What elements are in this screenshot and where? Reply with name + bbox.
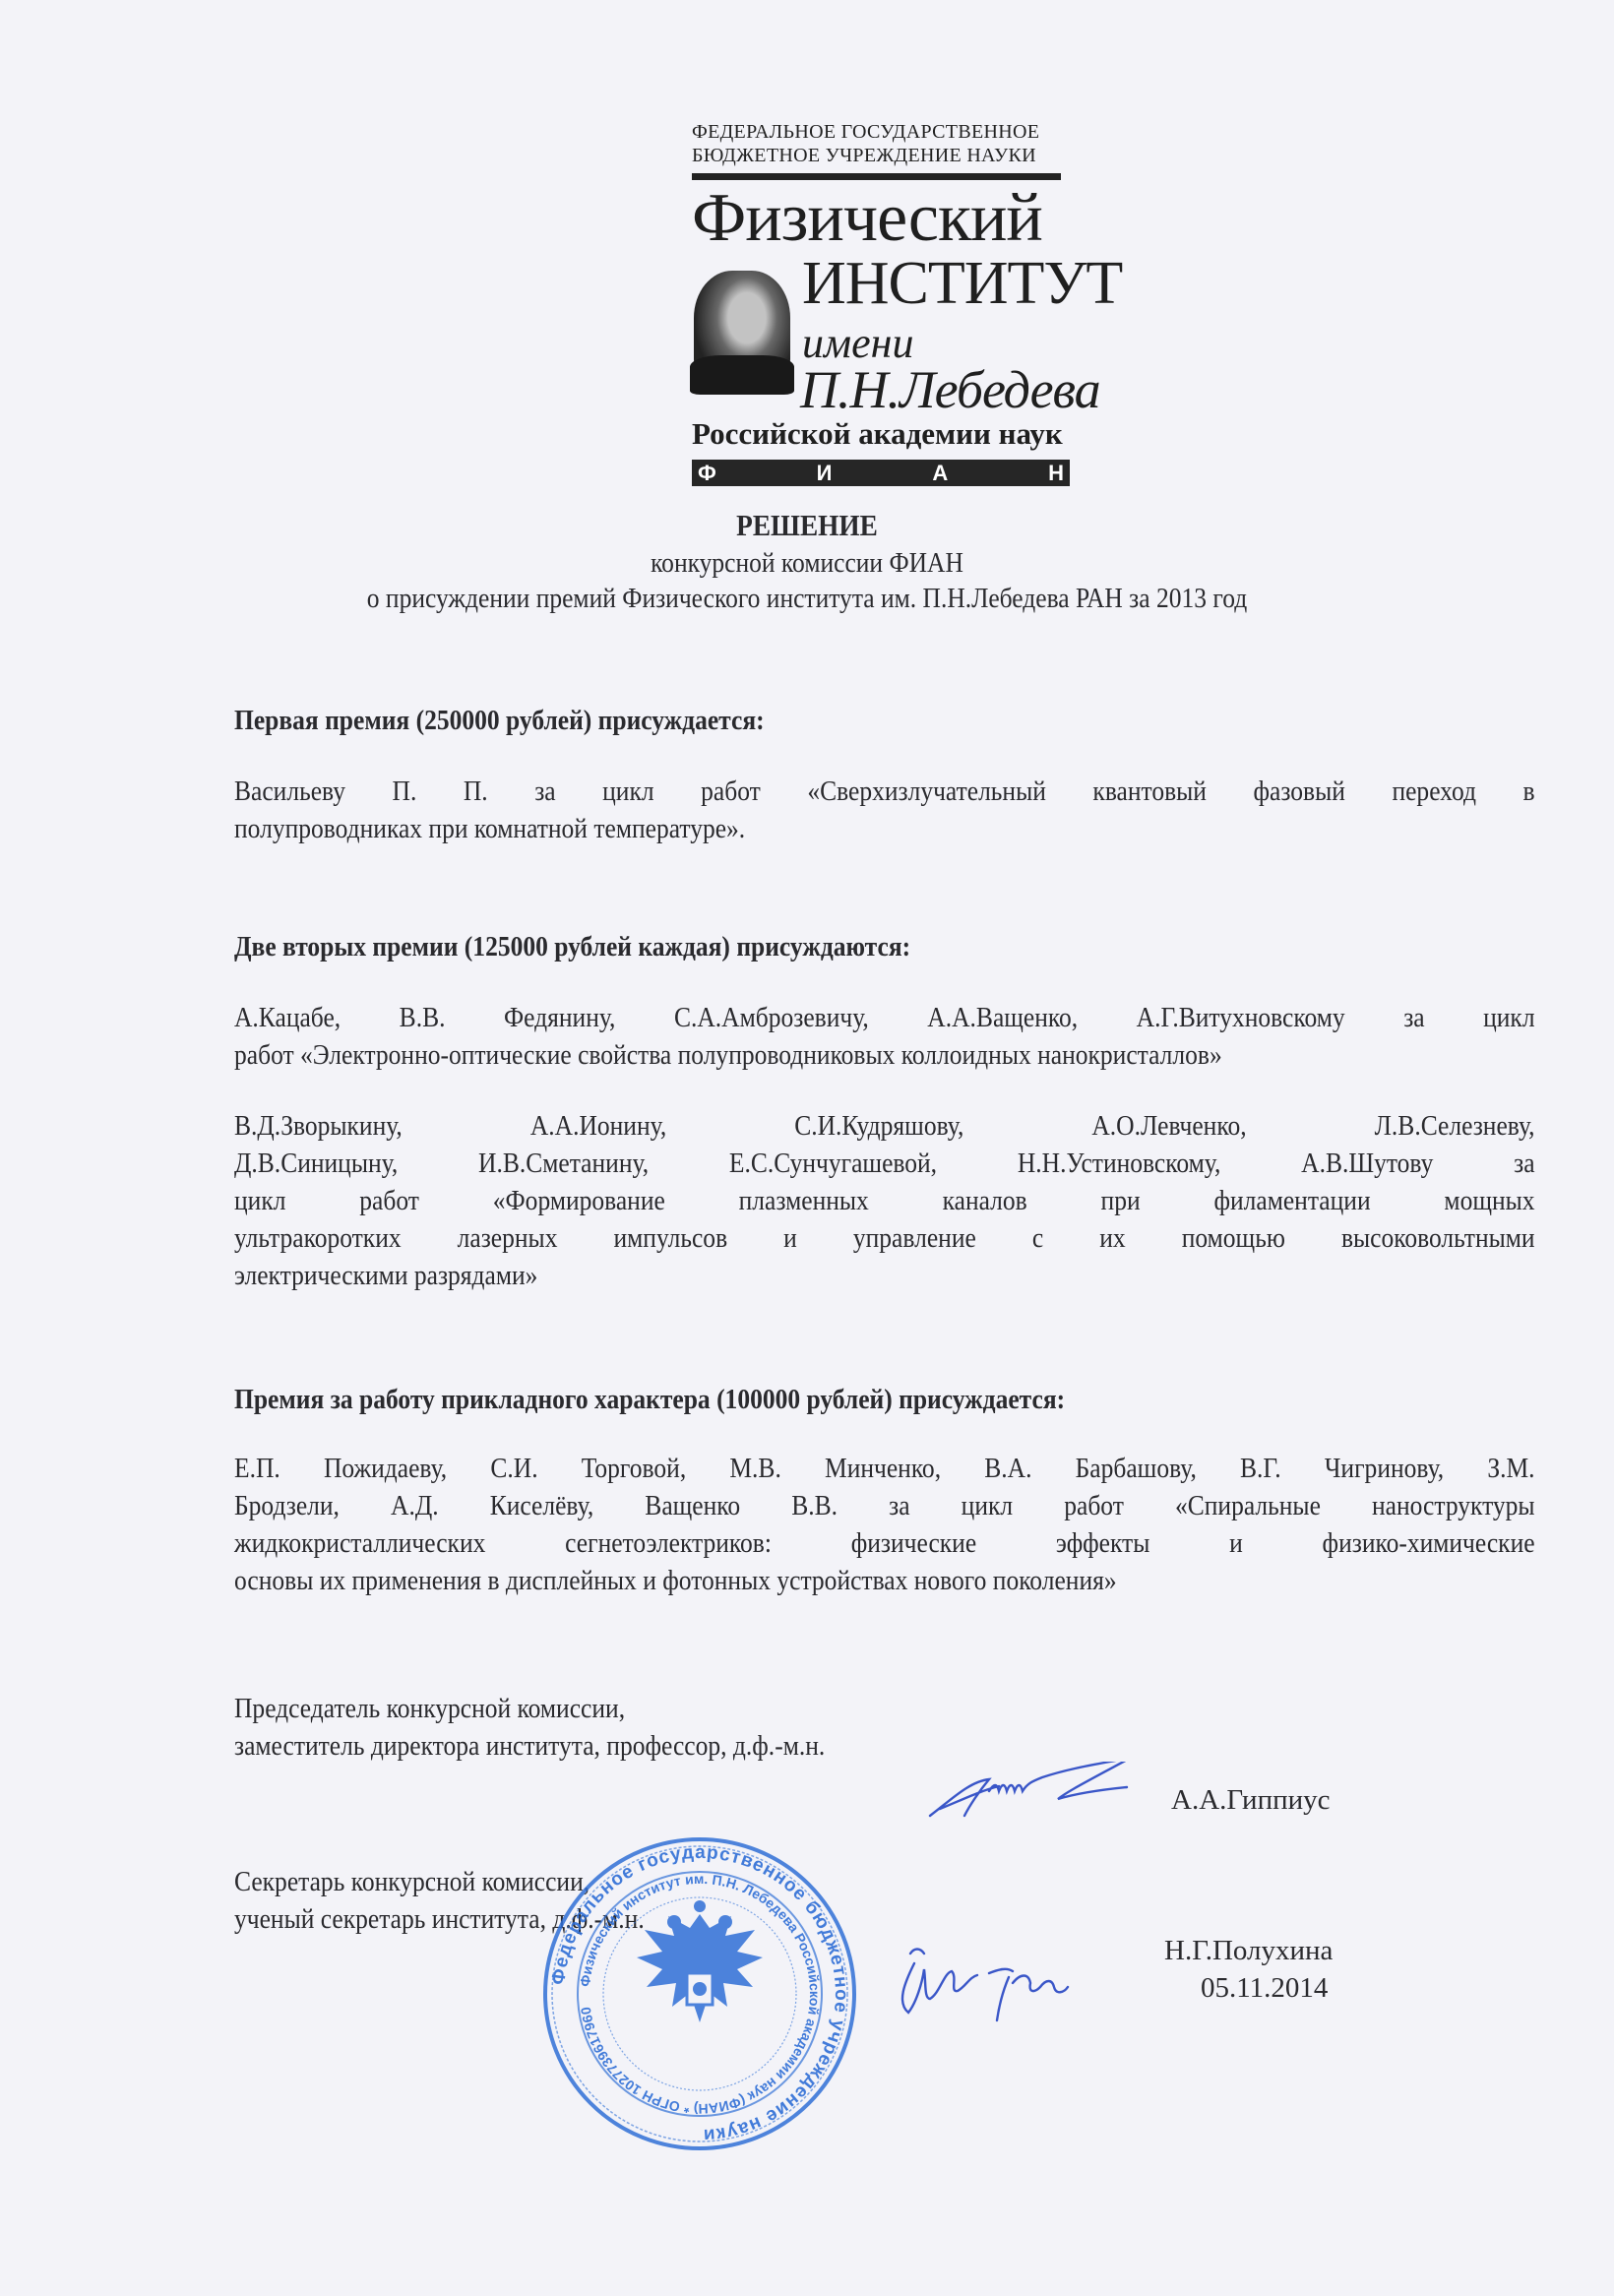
logo-lebedev: П.Н.Лебедева: [800, 359, 1100, 420]
secretary-role-line-1: Секретарь конкурсной комиссии,: [234, 1863, 590, 1900]
paragraph-line: работ «Электронно-оптические свойства по…: [234, 1036, 1535, 1074]
chairman-role: Председатель конкурсной комиссии, замест…: [234, 1690, 905, 1765]
logo-top-line-1: ФЕДЕРАЛЬНОЕ ГОСУДАРСТВЕННОЕ: [692, 120, 1069, 144]
chairman-name: А.А.Гиппиус: [1171, 1781, 1331, 1819]
award-paragraph: А.Кацабе, В.В. Федянину, С.А.Амброзевичу…: [234, 999, 1535, 1074]
paragraph-line: цикл работ «Формирование плазменных кана…: [234, 1182, 1535, 1219]
secretary-name: Н.Г.Полухина: [1164, 1932, 1333, 1969]
paragraph-line: Бродзели, А.Д. Киселёву, Ващенко В.В. за…: [234, 1487, 1535, 1524]
logo-letter: Ф: [698, 460, 716, 486]
section-first-prize: Первая премия (250000 рублей) присуждает…: [234, 702, 1535, 739]
section-second-prizes: Две вторых премии (125000 рублей каждая)…: [234, 928, 1535, 965]
secretary-signature-icon: [881, 1934, 1097, 2032]
logo-top-line-2: БЮДЖЕТНОЕ УЧРЕЖДЕНИЕ НАУКИ: [692, 144, 1069, 167]
logo-title: Физический: [692, 184, 1069, 253]
award-paragraph: В.Д.Зворыкину, А.А.Ионину, С.И.Кудряшову…: [234, 1107, 1535, 1294]
paragraph-line: основы их применения в дисплейных и фото…: [234, 1562, 1535, 1599]
paragraph-line: электрическими разрядами»: [234, 1257, 1535, 1294]
paragraph-line: полупроводниках при комнатной температур…: [234, 810, 1535, 847]
chairman-signature-icon: [920, 1762, 1156, 1831]
paragraph-line: жидкокристаллических сегнетоэлектриков: …: [234, 1524, 1535, 1562]
section-applied-prize: Премия за работу прикладного характера (…: [234, 1381, 1535, 1418]
chairman-role-line-1: Председатель конкурсной комиссии,: [234, 1690, 625, 1727]
document-page: ФЕДЕРАЛЬНОЕ ГОСУДАРСТВЕННОЕ БЮДЖЕТНОЕ УЧ…: [0, 0, 1614, 2296]
institute-logo: ФЕДЕРАЛЬНОЕ ГОСУДАРСТВЕННОЕ БЮДЖЕТНОЕ УЧ…: [692, 120, 1069, 486]
award-paragraph: Васильеву П. П. за цикл работ «Сверхизлу…: [234, 773, 1535, 847]
award-paragraph: Е.П. Пожидаеву, С.И. Торговой, М.В. Минч…: [234, 1450, 1535, 1599]
logo-abbr-bar: Ф И А Н: [692, 460, 1070, 486]
document-title: РЕШЕНИЕ: [96, 506, 1517, 545]
paragraph-line: В.Д.Зворыкину, А.А.Ионину, С.И.Кудряшову…: [234, 1107, 1535, 1145]
logo-rule: [692, 173, 1061, 180]
lebedev-portrait-icon: [694, 271, 790, 389]
logo-institute: ИНСТИТУТ: [802, 253, 1122, 314]
paragraph-line: А.Кацабе, В.В. Федянину, С.А.Амброзевичу…: [234, 999, 1535, 1036]
document-description: о присуждении премий Физического институ…: [96, 581, 1517, 616]
eagle-emblem-icon: [637, 1900, 763, 2022]
paragraph-line: Д.В.Синицыну, И.В.Сметанину, Е.С.Сунчуга…: [234, 1145, 1535, 1182]
paragraph-line: ультракоротких лазерных импульсов и упра…: [234, 1219, 1535, 1257]
section-title: Первая премия (250000 рублей) присуждает…: [234, 702, 1379, 739]
chairman-role-line-2: заместитель директора института, професс…: [234, 1727, 825, 1765]
paragraph-line: Е.П. Пожидаеву, С.И. Торговой, М.В. Минч…: [234, 1450, 1535, 1487]
logo-middle: ИНСТИТУТ имени П.Н.Лебедева: [692, 253, 1069, 460]
logo-letter: А: [932, 460, 948, 486]
official-stamp-icon: Федеральное государственное бюджетное уч…: [541, 1835, 858, 2152]
logo-letter: И: [817, 460, 833, 486]
section-title: Премия за работу прикладного характера (…: [234, 1381, 1379, 1418]
section-title: Две вторых премии (125000 рублей каждая)…: [234, 928, 1379, 965]
signature-date: 05.11.2014: [1201, 1969, 1328, 2007]
document-heading: РЕШЕНИЕ конкурсной комиссии ФИАН о прису…: [0, 506, 1614, 616]
paragraph-line: Васильеву П. П. за цикл работ «Сверхизлу…: [234, 773, 1535, 810]
document-subtitle: конкурсной комиссии ФИАН: [96, 545, 1517, 581]
logo-letter: Н: [1048, 460, 1064, 486]
